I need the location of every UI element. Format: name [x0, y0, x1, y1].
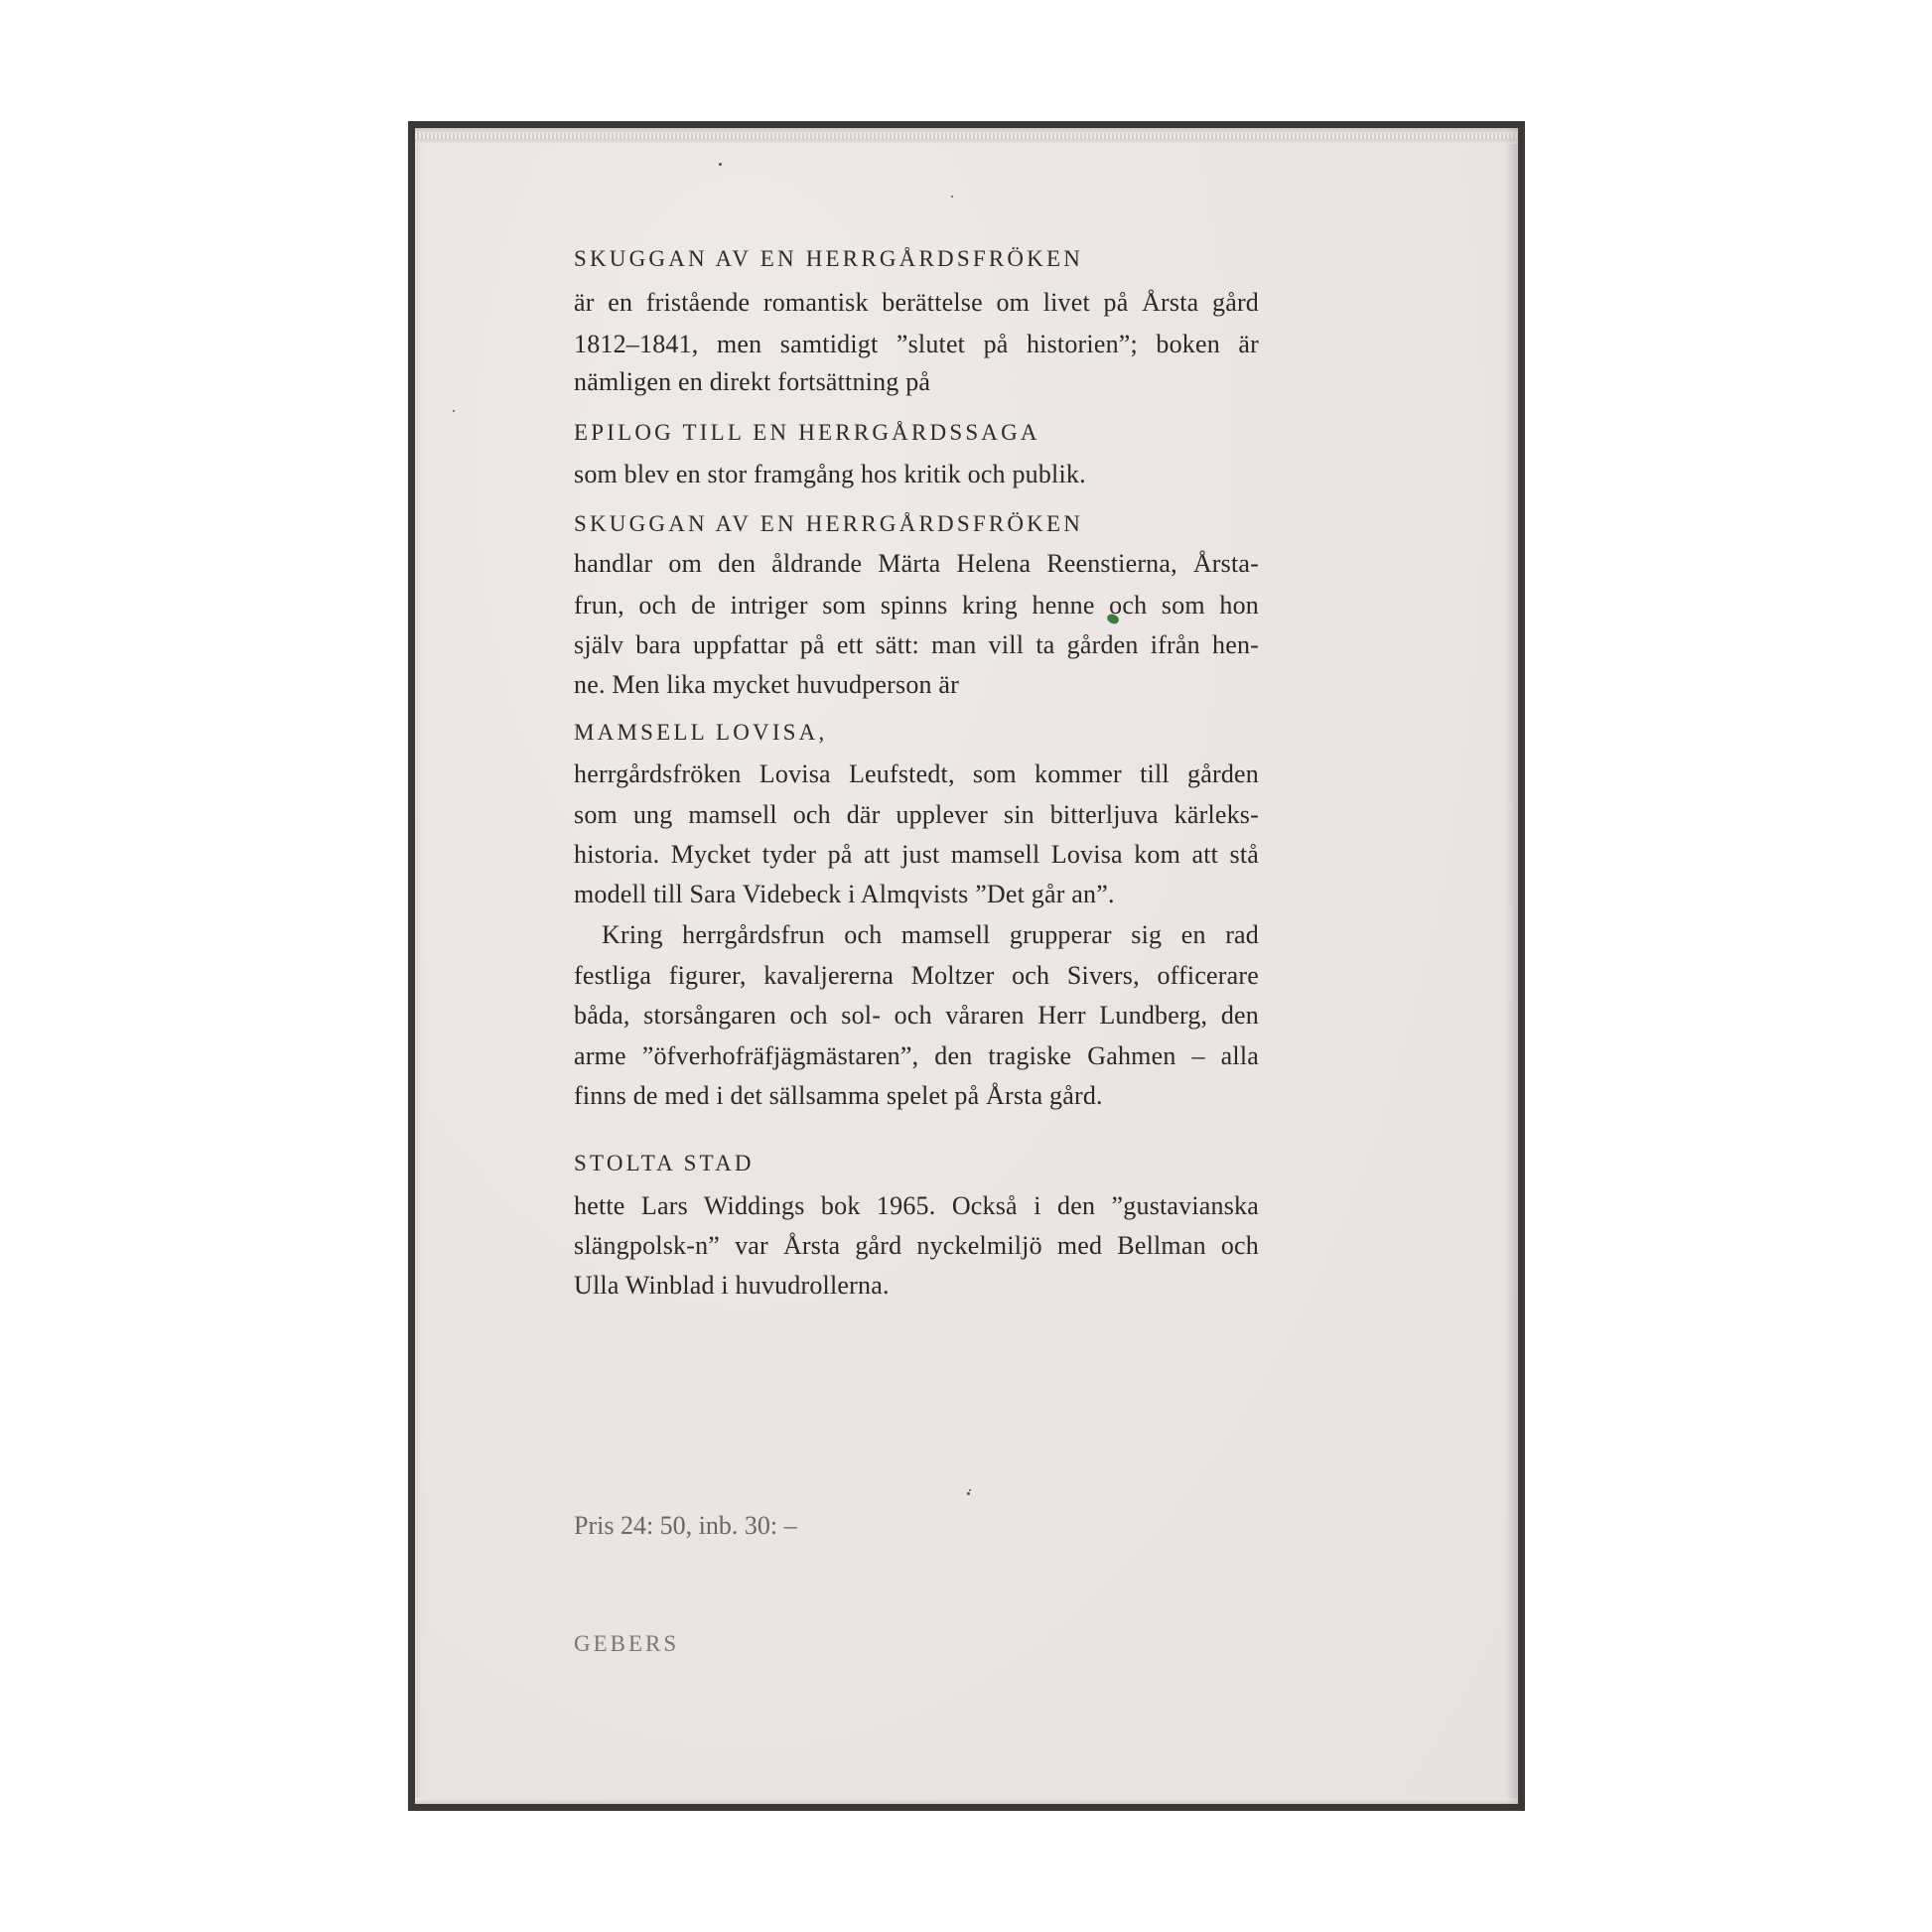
protective-sleeve-edge	[415, 128, 1518, 144]
body-line: hette Lars Widdings bok 1965. Också i de…	[574, 1191, 1259, 1221]
body-line: finns de med i det sällsamma spelet på Å…	[574, 1081, 1259, 1111]
paper-speck	[967, 1492, 970, 1495]
body-line: Ulla Winblad i huvudrollerna.	[574, 1271, 1259, 1301]
body-line: båda, storsångaren och sol- och våraren …	[574, 1001, 1259, 1031]
body-line: slängpolsk-n” var Årsta gård nyckelmiljö…	[574, 1231, 1259, 1261]
section-heading: MAMSELL LOVISA,	[574, 718, 827, 748]
body-line: arme ”öfverhofräfjägmästaren”, den tragi…	[574, 1041, 1259, 1071]
right-edge-shade	[1506, 128, 1518, 1804]
body-line: frun, och de intriger som spinns kring h…	[574, 591, 1259, 621]
body-line: handlar om den åldrande Märta Helena Ree…	[574, 549, 1259, 579]
body-line: modell till Sara Videbeck i Almqvists ”D…	[574, 880, 1259, 909]
paper-speck	[719, 163, 722, 166]
body-line: Kring herrgårdsfrun och mamsell gruppera…	[574, 920, 1259, 950]
body-line: ne. Men lika mycket huvudperson är	[574, 670, 1259, 700]
bottom-edge	[415, 1798, 1518, 1804]
paper-speck	[453, 410, 455, 412]
body-line: herrgårdsfröken Lovisa Leufstedt, som ko…	[574, 759, 1259, 789]
section-heading: EPILOG TILL EN HERRGÅRDSSAGA	[574, 418, 1040, 448]
price-label: Pris 24: 50, inb. 30: –	[574, 1511, 797, 1541]
body-line: är en fristående romantisk berättelse om…	[574, 288, 1259, 318]
paper-speck	[951, 196, 953, 198]
body-line: som blev en stor framgång hos kritik och…	[574, 460, 1259, 489]
body-line: själv bara uppfattar på ett sätt: man vi…	[574, 630, 1259, 660]
section-heading: SKUGGAN AV EN HERRGÅRDSFRÖKEN	[574, 509, 1083, 539]
section-heading: SKUGGAN AV EN HERRGÅRDSFRÖKEN	[574, 244, 1083, 274]
section-heading: STOLTA STAD	[574, 1149, 755, 1178]
body-line: nämligen en direkt fortsättning på	[574, 367, 1259, 397]
body-line: som ung mamsell och där upplever sin bit…	[574, 800, 1259, 830]
book-cover-frame: SKUGGAN AV EN HERRGÅRDSFRÖKEN är en fris…	[408, 121, 1525, 1811]
body-line: historia. Mycket tyder på att just mamse…	[574, 840, 1259, 870]
back-cover-paper: SKUGGAN AV EN HERRGÅRDSFRÖKEN är en fris…	[415, 128, 1518, 1804]
body-line: 1812–1841, men samtidigt ”slutet på hist…	[574, 330, 1259, 359]
paper-speck	[969, 1489, 971, 1491]
publisher-name: GEBERS	[574, 1629, 679, 1659]
body-line: festliga figurer, kavaljererna Moltzer o…	[574, 961, 1259, 991]
